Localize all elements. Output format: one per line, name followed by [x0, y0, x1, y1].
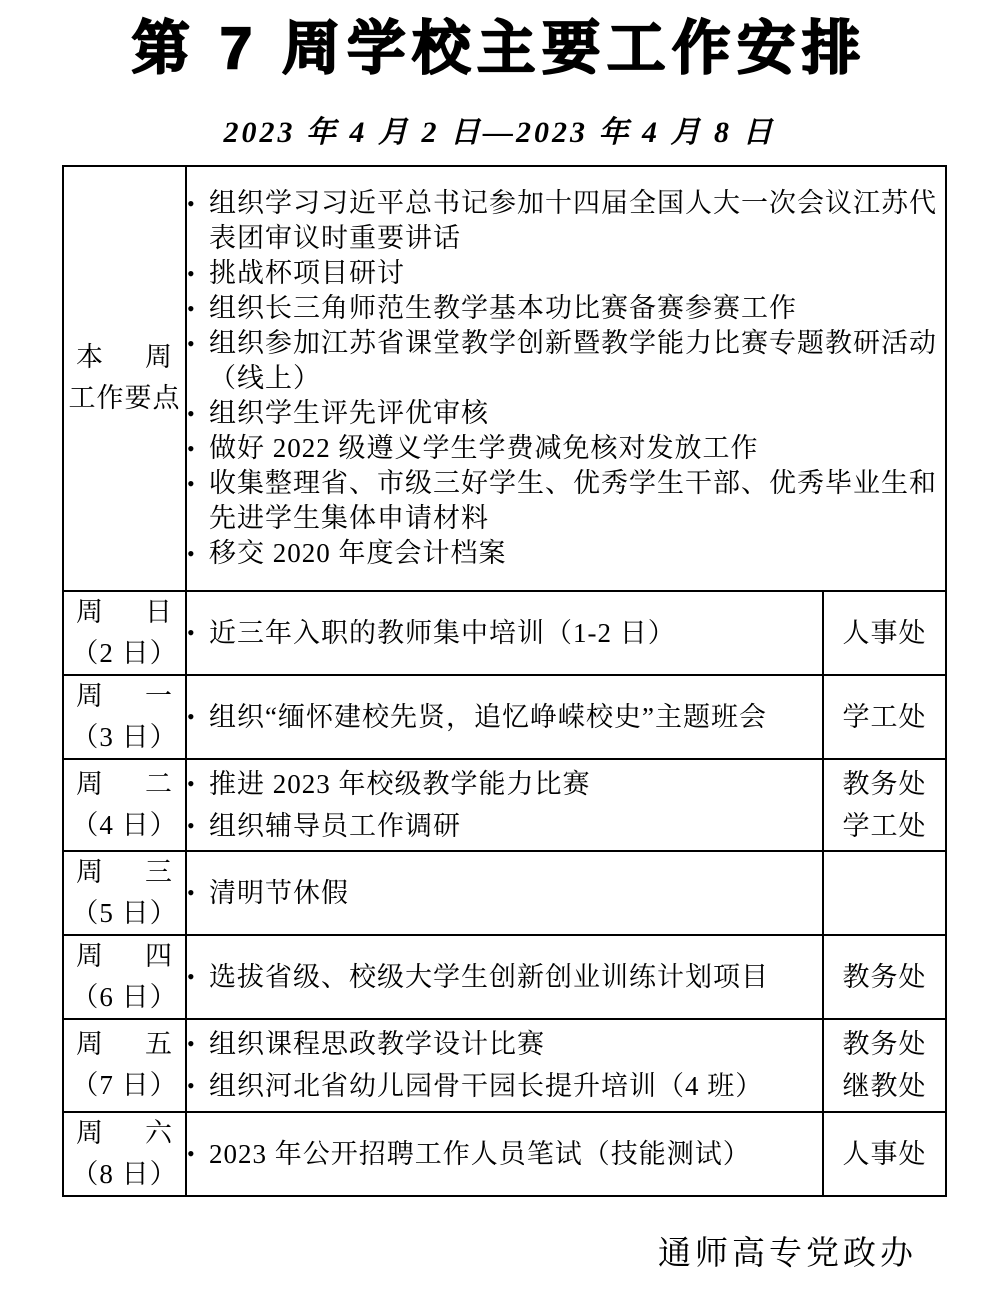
- bullet-icon: •: [187, 326, 209, 361]
- summary-label-char-right: 周: [145, 337, 173, 378]
- summary-item: • 组织学生评先评优审核: [187, 396, 945, 431]
- day-name-char: 五: [145, 1024, 173, 1065]
- day-date: （8 日）: [64, 1154, 185, 1195]
- summary-label-cell: 本 周 工作要点: [63, 166, 186, 591]
- summary-item: • 做好 2022 级遵义学生学费减免核对发放工作: [187, 431, 945, 466]
- summary-label-bottom: 工作要点: [64, 378, 185, 419]
- summary-item: • 移交 2020 年度会计档案: [187, 536, 945, 571]
- day-name: 周 六: [64, 1113, 185, 1154]
- bullet-icon: •: [187, 872, 209, 914]
- task-list-cell: • 组织“缅怀建校先贤，追忆峥嵘校史”主题班会: [186, 675, 823, 759]
- day-name: 周 三: [64, 852, 185, 893]
- bullet-icon: •: [187, 256, 209, 291]
- department-cell: 学工处: [823, 675, 946, 759]
- page-title: 第 7 周学校主要工作安排: [0, 0, 999, 83]
- summary-item: • 组织学习习近平总书记参加十四届全国人大一次会议江苏代表团审议时重要讲话: [187, 186, 945, 256]
- department-text: 教务处: [824, 1023, 945, 1065]
- day-label-cell: 周 四 （6 日）: [63, 935, 186, 1019]
- summary-item-text: 移交 2020 年度会计档案: [209, 536, 507, 571]
- day-label-cell: 周 五 （7 日）: [63, 1019, 186, 1112]
- day-date: （3 日）: [64, 717, 185, 758]
- department-text: 人事处: [824, 1133, 945, 1175]
- day-name-char: 二: [145, 764, 173, 805]
- department-text: 教务处: [824, 956, 945, 998]
- day-name-char: 四: [145, 936, 173, 977]
- summary-item: • 挑战杯项目研讨: [187, 256, 945, 291]
- summary-item-text: 收集整理省、市级三好学生、优秀学生干部、优秀毕业生和先进学生集体申请材料: [209, 466, 945, 536]
- department-text: 继教处: [824, 1065, 945, 1107]
- task-text: 组织“缅怀建校先贤，追忆峥嵘校史”主题班会: [209, 696, 767, 738]
- summary-item-text: 挑战杯项目研讨: [209, 256, 405, 291]
- bullet-icon: •: [187, 466, 209, 501]
- department-text: 教务处: [824, 763, 945, 805]
- day-name-char: 周: [76, 764, 104, 805]
- day-name: 周 四: [64, 936, 185, 977]
- day-date: （2 日）: [64, 633, 185, 674]
- task-text: 选拔省级、校级大学生创新创业训练计划项目: [209, 956, 769, 998]
- department-text: 学工处: [824, 805, 945, 847]
- day-label-cell: 周 六 （8 日）: [63, 1112, 186, 1196]
- department-cell: 教务处 学工处: [823, 759, 946, 851]
- department-cell: 教务处: [823, 935, 946, 1019]
- day-row-thursday: 周 四 （6 日） • 选拔省级、校级大学生创新创业训练计划项目 教务处: [63, 935, 946, 1019]
- day-row-tuesday: 周 二 （4 日） • 推进 2023 年校级教学能力比赛 • 组织辅导员工作调…: [63, 759, 946, 851]
- bullet-icon: •: [187, 956, 209, 998]
- bullet-icon: •: [187, 696, 209, 738]
- schedule-table: 本 周 工作要点 • 组织学习习近平总书记参加十四届全国人大一次会议江苏代表团审…: [62, 165, 947, 1197]
- task-item: • 近三年入职的教师集中培训（1-2 日）: [187, 612, 822, 654]
- day-date: （5 日）: [64, 893, 185, 934]
- task-item: • 组织河北省幼儿园骨干园长提升培训（4 班）: [187, 1065, 822, 1107]
- day-label-cell: 周 二 （4 日）: [63, 759, 186, 851]
- summary-item-text: 组织学生评先评优审核: [209, 396, 489, 431]
- task-text: 组织辅导员工作调研: [209, 805, 461, 847]
- bullet-icon: •: [187, 805, 209, 847]
- department-text: 人事处: [824, 612, 945, 654]
- summary-label-char-left: 本: [76, 337, 104, 378]
- day-name-char: 周: [76, 1113, 104, 1154]
- task-list-cell: • 组织课程思政教学设计比赛 • 组织河北省幼儿园骨干园长提升培训（4 班）: [186, 1019, 823, 1112]
- day-label-cell: 周 日 （2 日）: [63, 591, 186, 675]
- task-text: 组织河北省幼儿园骨干园长提升培训（4 班）: [209, 1065, 763, 1107]
- summary-item-text: 组织参加江苏省课堂教学创新暨教学能力比赛专题教研活动（线上）: [209, 326, 945, 396]
- department-text: 学工处: [824, 696, 945, 738]
- day-name-char: 周: [76, 936, 104, 977]
- day-label-cell: 周 一 （3 日）: [63, 675, 186, 759]
- summary-items-cell: • 组织学习习近平总书记参加十四届全国人大一次会议江苏代表团审议时重要讲话 • …: [186, 166, 946, 591]
- task-list-cell: • 2023 年公开招聘工作人员笔试（技能测试）: [186, 1112, 823, 1196]
- department-cell: 人事处: [823, 591, 946, 675]
- bullet-icon: •: [187, 186, 209, 221]
- summary-item: • 组织长三角师范生教学基本功比赛备赛参赛工作: [187, 291, 945, 326]
- task-item: • 组织“缅怀建校先贤，追忆峥嵘校史”主题班会: [187, 696, 822, 738]
- day-name-char: 周: [76, 676, 104, 717]
- summary-item-text: 组织长三角师范生教学基本功比赛备赛参赛工作: [209, 291, 797, 326]
- task-item: • 组织辅导员工作调研: [187, 805, 822, 847]
- day-name: 周 五: [64, 1024, 185, 1065]
- task-list-cell: • 选拔省级、校级大学生创新创业训练计划项目: [186, 935, 823, 1019]
- task-item: • 清明节休假: [187, 872, 822, 914]
- bullet-icon: •: [187, 1023, 209, 1065]
- day-row-saturday: 周 六 （8 日） • 2023 年公开招聘工作人员笔试（技能测试） 人事处: [63, 1112, 946, 1196]
- day-name-char: 一: [145, 676, 173, 717]
- bullet-icon: •: [187, 431, 209, 466]
- task-item: • 2023 年公开招聘工作人员笔试（技能测试）: [187, 1133, 822, 1175]
- day-label-cell: 周 三 （5 日）: [63, 851, 186, 935]
- summary-label-top: 本 周: [64, 337, 185, 378]
- task-text: 组织课程思政教学设计比赛: [209, 1023, 545, 1065]
- day-name: 周 二: [64, 764, 185, 805]
- task-text: 近三年入职的教师集中培训（1-2 日）: [209, 612, 676, 654]
- summary-item-text: 组织学习习近平总书记参加十四届全国人大一次会议江苏代表团审议时重要讲话: [209, 186, 945, 256]
- task-list-cell: • 推进 2023 年校级教学能力比赛 • 组织辅导员工作调研: [186, 759, 823, 851]
- task-text: 清明节休假: [209, 872, 349, 914]
- summary-item: • 组织参加江苏省课堂教学创新暨教学能力比赛专题教研活动（线上）: [187, 326, 945, 396]
- day-name-char: 三: [145, 852, 173, 893]
- day-name-char: 周: [76, 852, 104, 893]
- footer-signature: 通师高专党政办: [0, 1227, 999, 1274]
- day-row-wednesday: 周 三 （5 日） • 清明节休假: [63, 851, 946, 935]
- bullet-icon: •: [187, 291, 209, 326]
- day-row-friday: 周 五 （7 日） • 组织课程思政教学设计比赛 • 组织河北省幼儿园骨干园长提…: [63, 1019, 946, 1112]
- document-page: 第 7 周学校主要工作安排 2023 年 4 月 2 日—2023 年 4 月 …: [0, 0, 999, 1303]
- task-item: • 推进 2023 年校级教学能力比赛: [187, 763, 822, 805]
- day-row-sunday: 周 日 （2 日） • 近三年入职的教师集中培训（1-2 日） 人事处: [63, 591, 946, 675]
- day-name: 周 日: [64, 592, 185, 633]
- date-range: 2023 年 4 月 2 日—2023 年 4 月 8 日: [0, 107, 999, 151]
- task-list-cell: • 近三年入职的教师集中培训（1-2 日）: [186, 591, 823, 675]
- department-cell: 教务处 继教处: [823, 1019, 946, 1112]
- day-name: 周 一: [64, 676, 185, 717]
- task-text: 2023 年公开招聘工作人员笔试（技能测试）: [209, 1133, 751, 1175]
- day-row-monday: 周 一 （3 日） • 组织“缅怀建校先贤，追忆峥嵘校史”主题班会 学工处: [63, 675, 946, 759]
- day-name-char: 六: [145, 1113, 173, 1154]
- bullet-icon: •: [187, 536, 209, 571]
- bullet-icon: •: [187, 396, 209, 431]
- bullet-icon: •: [187, 1133, 209, 1175]
- day-name-char: 周: [76, 1024, 104, 1065]
- department-cell: [823, 851, 946, 935]
- day-date: （4 日）: [64, 805, 185, 846]
- task-item: • 组织课程思政教学设计比赛: [187, 1023, 822, 1065]
- task-item: • 选拔省级、校级大学生创新创业训练计划项目: [187, 956, 822, 998]
- summary-item-text: 做好 2022 级遵义学生学费减免核对发放工作: [209, 431, 759, 466]
- bullet-icon: •: [187, 763, 209, 805]
- summary-item: • 收集整理省、市级三好学生、优秀学生干部、优秀毕业生和先进学生集体申请材料: [187, 466, 945, 536]
- day-date: （7 日）: [64, 1065, 185, 1106]
- day-name-char: 周: [76, 592, 104, 633]
- bullet-icon: •: [187, 1065, 209, 1107]
- summary-row: 本 周 工作要点 • 组织学习习近平总书记参加十四届全国人大一次会议江苏代表团审…: [63, 166, 946, 591]
- task-list-cell: • 清明节休假: [186, 851, 823, 935]
- bullet-icon: •: [187, 612, 209, 654]
- department-cell: 人事处: [823, 1112, 946, 1196]
- task-text: 推进 2023 年校级教学能力比赛: [209, 763, 591, 805]
- day-name-char: 日: [145, 592, 173, 633]
- day-date: （6 日）: [64, 977, 185, 1018]
